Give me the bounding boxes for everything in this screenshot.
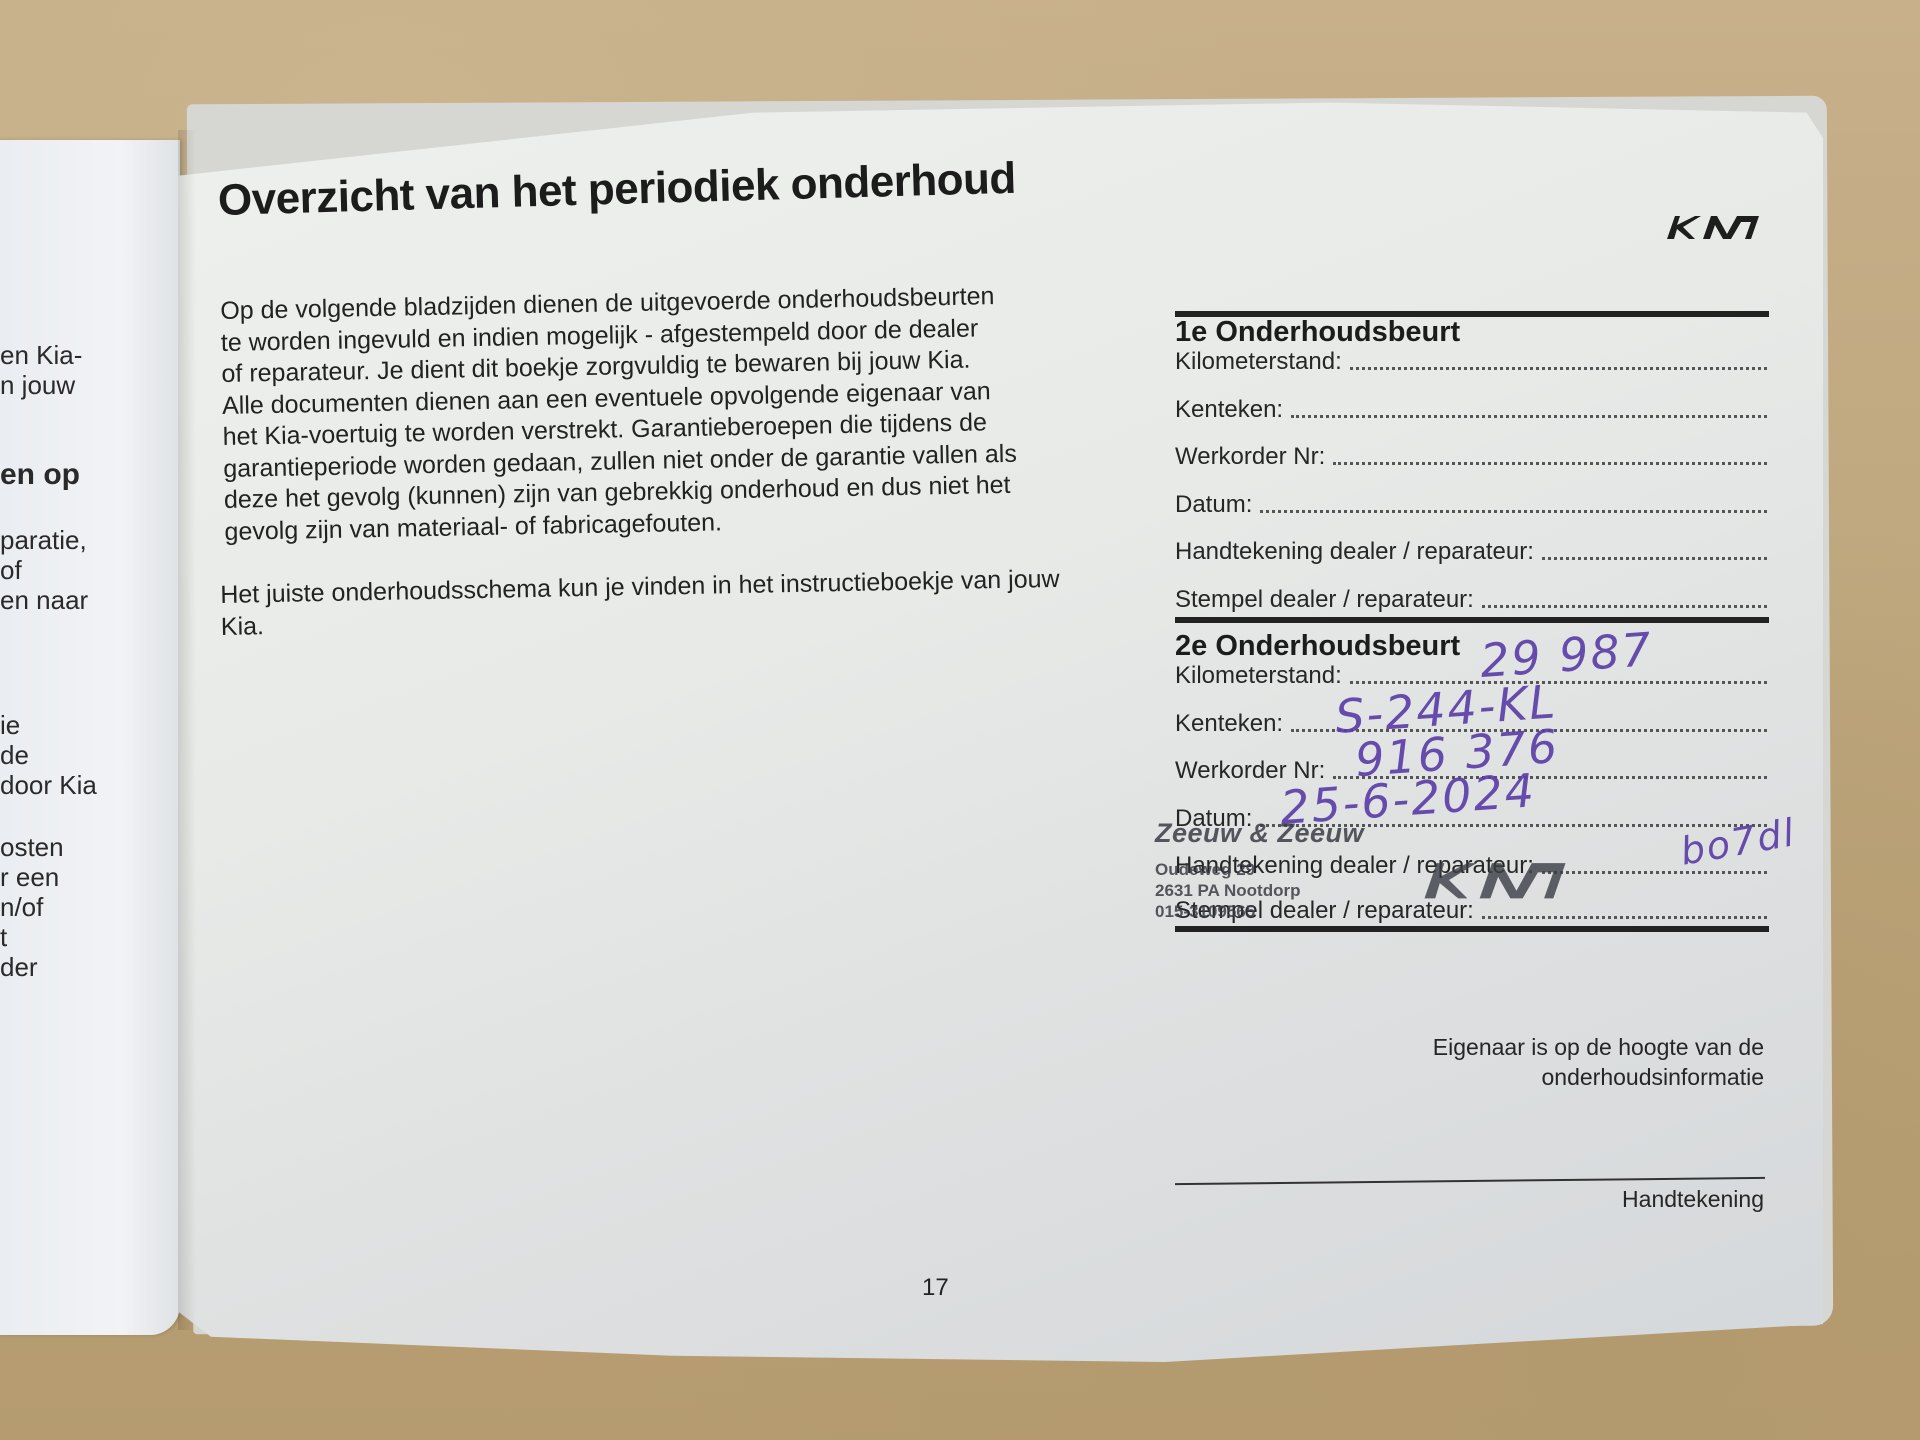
owner-notice-line: onderhoudsinformatie [1433,1062,1764,1092]
section-2-heading: 2e Onderhoudsbeurt [1175,630,1460,663]
s1-field-kenteken[interactable]: Kenteken: [1175,396,1767,424]
dealer-stamp: Zeeuw & Zeeuw Oudeweg 29 2631 PA Nootdor… [1155,818,1364,922]
field-label: Stempel dealer / reparateur: [1175,586,1474,614]
stamp-street: Oudeweg 29 [1155,859,1364,880]
page-number: 17 [922,1274,949,1302]
left-page-text: osten [0,832,64,863]
left-page-text: n/of [0,892,43,923]
s1-field-kilometerstand[interactable]: Kilometerstand: [1175,348,1767,376]
field-blank[interactable] [1482,604,1767,608]
stamp-kia-logo-icon [1415,857,1575,903]
field-blank[interactable] [1333,461,1767,465]
field-label: Kenteken: [1175,710,1283,738]
left-page-text: of [0,555,22,586]
field-label: Datum: [1175,491,1252,519]
stamp-city: 2631 PA Nootdorp [1155,880,1364,901]
left-page-text: en naar [0,585,88,616]
left-page-text: ie [0,710,20,741]
section-end-rule [1175,926,1769,932]
left-page-text: r een [0,862,59,893]
owner-signature-label: Handtekening [1622,1186,1764,1213]
kia-logo-icon [1665,212,1761,242]
field-label: Kilometerstand: [1175,662,1342,690]
stamp-dealer-name: Zeeuw & Zeeuw [1155,818,1364,849]
left-page-text: t [0,922,7,953]
stamp-phone: 015-3109565 [1155,901,1364,922]
left-page-text: door Kia [0,770,97,801]
owner-notice-line: Eigenaar is op de hoogte van de [1433,1032,1764,1062]
section-1-heading: 1e Onderhoudsbeurt [1175,316,1460,349]
left-page: en Kia- n jouw en op paratie, of en naar… [0,140,180,1335]
field-label: Kenteken: [1175,396,1283,424]
left-page-heading: en op [0,458,80,492]
field-label: Werkorder Nr: [1175,443,1325,471]
s1-field-handtekening[interactable]: Handtekening dealer / reparateur: [1175,538,1767,566]
intro-paragraph: Op de volgende bladzijden dienen de uitg… [220,279,1105,548]
owner-notice: Eigenaar is op de hoogte van de onderhou… [1433,1032,1764,1092]
field-blank[interactable] [1291,414,1767,418]
left-page-text: der [0,952,38,983]
left-page-text: de [0,740,29,771]
field-blank[interactable] [1260,509,1767,513]
field-blank[interactable] [1542,870,1767,874]
left-page-text: en Kia- [0,340,82,371]
section-2-rule [1175,617,1769,623]
left-page-text: paratie, [0,525,87,556]
s1-field-stempel[interactable]: Stempel dealer / reparateur: [1175,586,1767,614]
field-blank[interactable] [1542,556,1767,560]
book-spine-shadow [178,130,196,1330]
s1-field-werkorder[interactable]: Werkorder Nr: [1175,443,1767,471]
field-blank[interactable] [1350,366,1767,370]
s1-field-datum[interactable]: Datum: [1175,491,1767,519]
field-label: Kilometerstand: [1175,348,1342,376]
field-blank[interactable] [1482,915,1767,919]
field-label: Handtekening dealer / reparateur: [1175,538,1534,566]
left-page-text: n jouw [0,370,75,401]
